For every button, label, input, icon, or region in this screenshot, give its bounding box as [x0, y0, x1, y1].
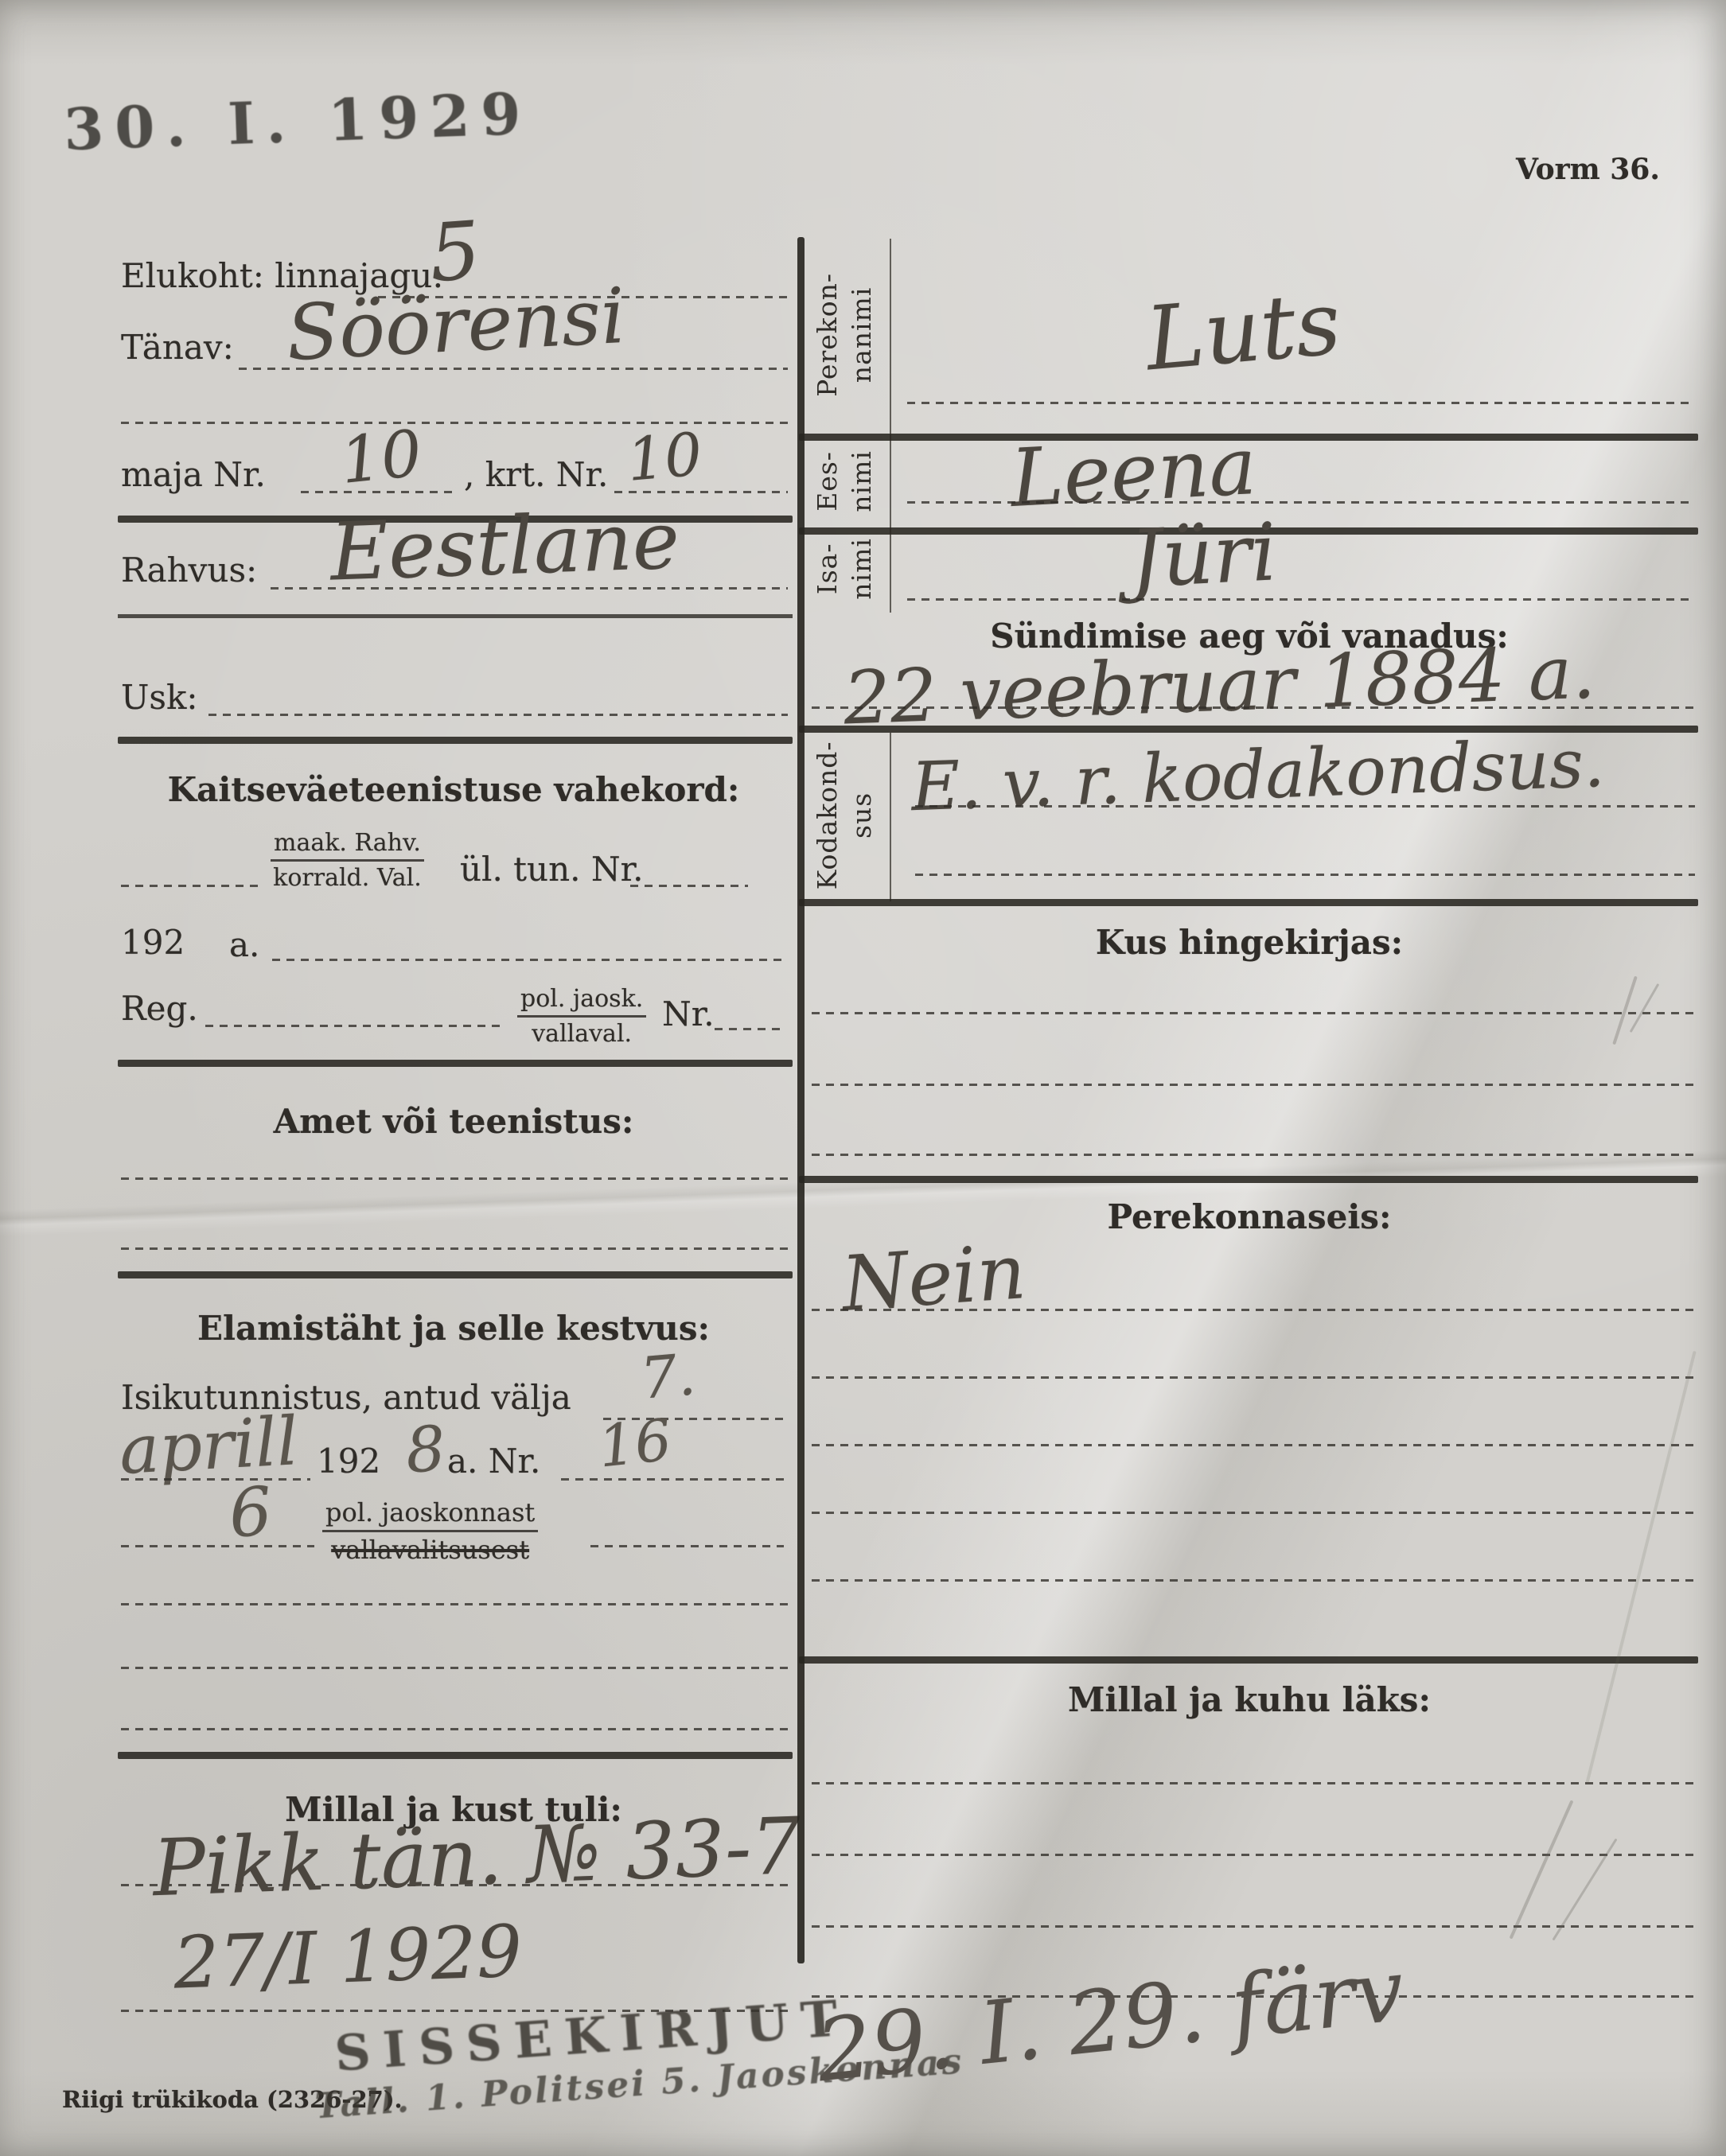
section-rule: [118, 737, 793, 744]
maja-value: 10: [337, 416, 425, 498]
tuli-value-line2: 27/I 1929: [172, 1909, 523, 2005]
millal-laks-heading: Millal ja kuhu läks:: [804, 1680, 1695, 1719]
dashed-line: [121, 1247, 788, 1250]
dashed-line: [812, 1084, 1695, 1086]
dashed-line: [907, 402, 1695, 404]
dashed-line: [812, 1154, 1695, 1156]
fraction-top: pol. jaoskonnast: [322, 1497, 538, 1532]
dashed-line: [907, 501, 1695, 504]
dashed-line: [121, 1667, 788, 1669]
nr-label: Nr.: [662, 994, 715, 1033]
section-rule: [799, 1176, 1698, 1183]
kaitsevae-heading: Kaitseväeteenistuse vahekord:: [119, 770, 788, 809]
dashed-line: [121, 885, 260, 887]
fraction-bottom: korrald. Val.: [271, 862, 424, 892]
dashed-line: [812, 1376, 1695, 1379]
usk-label: Usk:: [121, 678, 198, 717]
section-rule: [118, 1271, 793, 1278]
fraction-bottom: vallaval.: [517, 1018, 646, 1048]
maak-rahv-fraction: maak. Rahv. korrald. Val.: [271, 829, 424, 892]
dashed-line: [121, 1728, 788, 1730]
fraction-bottom: vallavalitsusest: [322, 1532, 538, 1565]
perekonnaseis-value: Nein: [839, 1228, 1028, 1329]
pencil-scratch: [1510, 1800, 1574, 1939]
label-divider: [890, 733, 891, 901]
kodakondsus-label: Kodakond- sus: [811, 712, 879, 919]
fraction-top: pol. jaosk.: [517, 985, 646, 1018]
dashed-line: [812, 706, 1695, 709]
section-rule: [799, 899, 1698, 906]
reg-fraction: pol. jaosk. vallaval.: [517, 985, 646, 1048]
section-rule: [118, 1060, 793, 1067]
dashed-line: [812, 1012, 1695, 1014]
district-value: 6: [227, 1472, 275, 1552]
amet-heading: Amet või teenistus:: [119, 1102, 788, 1141]
dashed-line: [812, 1444, 1695, 1446]
dashed-line: [915, 805, 1695, 808]
a-nr-label: a. Nr.: [447, 1442, 540, 1481]
rahvus-value: Eestlane: [329, 493, 681, 598]
dashed-line: [121, 1603, 788, 1605]
dashed-line: [907, 598, 1695, 601]
dashed-line: [590, 1545, 784, 1547]
pencil-scratch: [1630, 983, 1660, 1033]
hingekiri-heading: Kus hingekirjas:: [804, 923, 1695, 962]
pencil-scratch: [1612, 976, 1638, 1045]
dashed-line: [121, 1545, 314, 1547]
reg-label: Reg.: [121, 989, 198, 1028]
section-rule: [799, 1656, 1698, 1664]
dashed-line: [561, 1478, 784, 1481]
dashed-line: [205, 1025, 506, 1027]
month-value: aprill: [118, 1402, 300, 1489]
ul-tun-nr-label: ül. tun. Nr.: [460, 850, 643, 889]
isanimi-value: Jüri: [1128, 505, 1279, 605]
dashed-line: [812, 1309, 1695, 1311]
dashed-line: [715, 1028, 786, 1030]
dashed-line: [121, 1177, 788, 1180]
dashed-line: [915, 874, 1695, 876]
date-stamp: 30. I. 1929: [63, 80, 533, 163]
fraction-top: maak. Rahv.: [271, 829, 424, 862]
kodakondsus-value: E. v. r. kodakondsus.: [910, 724, 1607, 826]
dashed-line: [812, 1782, 1695, 1784]
a-label: a.: [229, 925, 259, 964]
nr-value: 16: [595, 1406, 675, 1480]
dashed-line: [812, 1512, 1695, 1514]
dashed-line: [630, 885, 748, 887]
dashed-line: [121, 1478, 310, 1481]
tanav-label: Tänav:: [121, 328, 234, 367]
maja-label: maja Nr.: [121, 455, 266, 494]
isikutunnistus-day-value: 7.: [637, 1341, 698, 1412]
rahvus-label: Rahvus:: [121, 551, 257, 590]
year-192-label: 192: [121, 923, 185, 962]
year-prefix-label: 192: [317, 1442, 380, 1481]
dashed-line: [812, 1854, 1695, 1856]
label-divider: [890, 239, 891, 613]
dashed-line: [208, 714, 788, 716]
krt-value: 10: [624, 420, 704, 495]
section-rule: [118, 614, 793, 618]
pol-jaoskonnast-fraction: pol. jaoskonnast vallavalitsusest: [322, 1497, 538, 1565]
tanav-value: Söörensi: [284, 271, 627, 378]
dashed-line: [812, 1579, 1695, 1582]
dashed-line: [272, 959, 788, 961]
year-digit-value: 8: [403, 1413, 448, 1487]
section-rule: [118, 1752, 793, 1759]
perekonnaseis-heading: Perekonnaseis:: [804, 1197, 1695, 1236]
scanned-form: 30. I. 1929 Vorm 36. Elukoht: linnajagu:…: [0, 0, 1726, 2156]
registration-note: 29. I. 29. färv: [812, 1941, 1408, 2102]
form-number: Vorm 36.: [1516, 153, 1660, 186]
perekonnanimi-value: Luts: [1142, 272, 1345, 391]
krt-label: , krt. Nr.: [464, 455, 608, 494]
